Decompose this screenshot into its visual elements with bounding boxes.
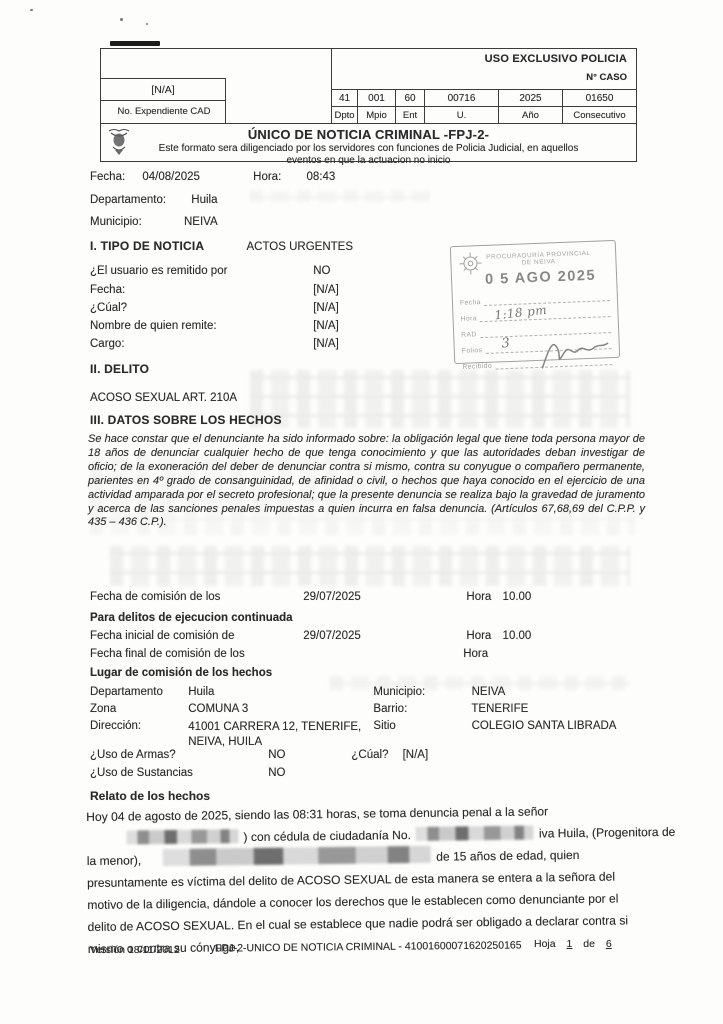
municipio-label: Municipio: [90, 216, 142, 228]
cargo-label: Cargo: [90, 338, 310, 350]
stamp-seal-icon [458, 251, 483, 281]
case-col-mpio: 001 Mpio [358, 90, 396, 123]
colombia-coat-of-arms-icon [106, 127, 132, 157]
uso-sustancias-value: NO [268, 767, 285, 779]
fecha-label: Fecha: [90, 171, 125, 183]
cargo-row: Cargo: [N/A] [90, 338, 339, 350]
expediente-cad-box: [N/A] No. Expendiente CAD [101, 78, 226, 123]
case-value: 001 [358, 90, 395, 107]
remision-fecha-label: Fecha: [90, 284, 310, 296]
case-col-consecutivo: 01650 Consecutivo [563, 90, 636, 123]
relato-title: Relato de los hechos [90, 789, 210, 803]
remitido-row: ¿El usuario es remitido por NO [90, 265, 330, 277]
form-header-table: [N/A] No. Expendiente CAD USO EXCLUSIVO … [100, 48, 637, 162]
expediente-cad-value: [N/A] [101, 79, 225, 101]
hora-final-label: Hora [463, 648, 488, 660]
fecha-comision-row: Fecha de comisión de los 29/07/2025 Hora… [90, 591, 531, 603]
case-number-label: N° CASO [586, 72, 627, 83]
lugar-zona-value: COMUNA 3 [188, 703, 370, 715]
relato-segment: ) con cédula de ciudadanía No. [243, 828, 411, 844]
cual-label: ¿Cúal? [90, 302, 310, 314]
section1-heading-row: I. TIPO DE NOTICIA ACTOS URGENTES [90, 239, 353, 253]
lugar-title: Lugar de comisión de los hechos [90, 667, 272, 679]
lugar-direccion-row: Dirección: 41001 CARRERA 12, TENERIFE, N… [90, 720, 616, 749]
case-col-label: Consecutivo [563, 107, 636, 123]
stamp-entity-text: PROCURADURÍA PROVINCIAL DE NEIVA [486, 250, 591, 268]
armas-cual-label: ¿Cúal? [351, 749, 399, 761]
bleed-through-artifact [110, 546, 630, 586]
lugar-zona-row: Zona COMUNA 3 Barrio: TENERIFE [90, 703, 528, 715]
lugar-dir-value: 41001 CARRERA 12, TENERIFE, NEIVA, HUILA [188, 720, 370, 749]
uso-armas-row: ¿Uso de Armas? NO ¿Cúal? [N/A] [90, 749, 428, 761]
hoja-number: 1 [567, 938, 573, 950]
hora-inicial-value: 10.00 [503, 630, 532, 642]
fecha-inicial-label: Fecha inicial de comisión de [90, 630, 300, 642]
uso-armas-label: ¿Uso de Armas? [90, 749, 265, 761]
redaction-box [163, 846, 431, 866]
lugar-dir-line2: NEIVA, HUILA [188, 736, 262, 748]
lugar-barrio-label: Barrio: [373, 703, 468, 715]
registration-mark [110, 41, 160, 46]
section3-title: III. DATOS SOBRE LOS HECHOS [90, 413, 282, 427]
ejecucion-continuada-title: Para delitos de ejecucion continuada [90, 612, 293, 624]
uso-sustancias-label: ¿Uso de Sustancias [90, 767, 265, 779]
case-value: 41 [332, 90, 357, 107]
remision-fecha-row: Fecha: [N/A] [90, 284, 339, 296]
case-col-unidad: 00716 U. [425, 90, 499, 123]
departamento-label: Departamento: [90, 194, 166, 206]
scan-speck [146, 23, 148, 25]
fecha-row: Fecha: 04/08/2025 Hora: 08:43 [90, 171, 335, 183]
case-value: 60 [396, 90, 424, 107]
relato-narrative: Hoy 04 de agosto de 2025, siendo las 08:… [86, 799, 658, 960]
footer-version: Versión 18/11/2012 [90, 944, 180, 956]
hoja-label: Hoja [534, 938, 556, 950]
remitente-value: [N/A] [313, 320, 339, 332]
cual-value: [N/A] [313, 302, 339, 314]
form-title-band: ÚNICO DE NOTICIA CRIMINAL -FPJ-2- Este f… [101, 123, 636, 163]
departamento-row: Departamento: Huila [90, 194, 218, 206]
legal-advisory-paragraph: Se hace constar que el denunciante ha si… [88, 433, 645, 530]
municipio-row: Municipio: NEIVA [90, 216, 218, 228]
fecha-comision-value: 29/07/2025 [303, 591, 463, 603]
uso-armas-value: NO [268, 749, 348, 761]
cargo-value: [N/A] [313, 338, 339, 350]
stamp-folios-handwritten: 3 [501, 336, 511, 352]
footer-page-indicator: Hoja 1 de 6 [534, 938, 612, 950]
relato-segment: de 15 años de edad, quien [436, 848, 579, 864]
relato-segment: la menor), [87, 853, 142, 868]
lugar-mun-label: Municipio: [373, 686, 468, 698]
case-value: 01650 [563, 90, 636, 107]
remitido-value: NO [313, 265, 330, 277]
form-subtitle: Este formato sera diligenciado por los s… [149, 143, 589, 166]
section2-title: II. DELITO [90, 362, 149, 376]
hoja-de-label: de [583, 938, 595, 950]
case-col-label: Dpto [332, 107, 357, 123]
armas-cual-value: [N/A] [403, 749, 429, 761]
fecha-inicial-row: Fecha inicial de comisión de 29/07/2025 … [90, 630, 531, 642]
stamp-signature [535, 333, 614, 374]
police-use-zone: USO EXCLUSIVO POLICIA N° CASO 41 Dpto 00… [331, 49, 636, 123]
relato-segment: iva Huila, (Progenitora de [539, 825, 676, 841]
case-col-ano: 2025 Año [499, 90, 563, 123]
hora-comision-value: 10.00 [503, 591, 532, 603]
fecha-inicial-value: 29/07/2025 [303, 630, 463, 642]
section1-title: I. TIPO DE NOTICIA [90, 239, 204, 253]
case-value: 00716 [425, 90, 498, 107]
hoja-total: 6 [606, 938, 612, 950]
lugar-dir-label: Dirección: [90, 720, 185, 732]
remitido-label: ¿El usuario es remitido por [90, 265, 310, 277]
uso-sustancias-row: ¿Uso de Sustancias NO [90, 767, 285, 779]
remitente-label: Nombre de quien remite: [90, 320, 310, 332]
stamp-recibido-label: Recibido [462, 363, 492, 371]
lugar-dir-line1: 41001 CARRERA 12, TENERIFE, [188, 721, 361, 733]
departamento-value: Huila [191, 194, 217, 206]
delito-value: ACOSO SEXUAL ART. 210A [90, 392, 237, 404]
redaction-box [416, 826, 534, 841]
fecha-final-row: Fecha final de comisión de los Hora [90, 648, 488, 660]
case-col-dpto: 41 Dpto [332, 90, 358, 123]
hora-inicial-label: Hora [466, 630, 491, 642]
case-value: 2025 [499, 90, 562, 107]
lugar-dep-value: Huila [188, 686, 370, 698]
fecha-final-label: Fecha final de comisión de los [90, 648, 460, 660]
remitente-row: Nombre de quien remite: [N/A] [90, 320, 339, 332]
case-col-label: Año [499, 107, 562, 123]
expediente-cad-label: No. Expendiente CAD [101, 101, 225, 122]
procuraduria-receipt-stamp: PROCURADURÍA PROVINCIAL DE NEIVA 0 5 AGO… [450, 240, 620, 364]
case-col-label: U. [425, 107, 498, 123]
form-title: ÚNICO DE NOTICIA CRIMINAL -FPJ-2- [101, 127, 636, 142]
hora-value: 08:43 [306, 171, 335, 183]
lugar-sitio-value: COLEGIO SANTA LIBRADA [472, 720, 617, 732]
lugar-mun-value: NEIVA [472, 686, 506, 698]
municipio-value: NEIVA [184, 216, 218, 228]
tipo-noticia-value: ACTOS URGENTES [246, 241, 353, 253]
lugar-zona-label: Zona [90, 703, 185, 715]
lugar-sitio-label: Sitio [373, 720, 468, 732]
hora-label: Hora: [253, 171, 281, 183]
redaction-box [126, 829, 238, 844]
remision-fecha-value: [N/A] [313, 284, 339, 296]
bleed-through-artifact [250, 190, 430, 202]
lugar-departamento-row: Departamento Huila Municipio: NEIVA [90, 686, 505, 698]
case-col-label: Mpio [358, 107, 395, 123]
scanned-form-fpj2: [N/A] No. Expendiente CAD USO EXCLUSIVO … [0, 0, 723, 1024]
fecha-comision-label: Fecha de comisión de los [90, 591, 300, 603]
cual-row: ¿Cúal? [N/A] [90, 302, 339, 314]
fecha-value: 04/08/2025 [142, 171, 200, 183]
case-col-label: Ent [396, 107, 424, 123]
stamp-date: 0 5 AGO 2025 [485, 267, 610, 288]
bleed-through-artifact [250, 370, 630, 428]
lugar-dep-label: Departamento [90, 686, 185, 698]
scan-speck [120, 18, 123, 21]
lugar-barrio-value: TENERIFE [471, 703, 528, 715]
case-col-ent: 60 Ent [396, 90, 425, 123]
police-use-label: USO EXCLUSIVO POLICIA [485, 53, 627, 65]
scan-speck [30, 9, 33, 11]
case-number-columns: 41 Dpto 001 Mpio 60 Ent 00716 U. 2025 [332, 89, 636, 123]
hora-comision-label: Hora [466, 591, 491, 603]
